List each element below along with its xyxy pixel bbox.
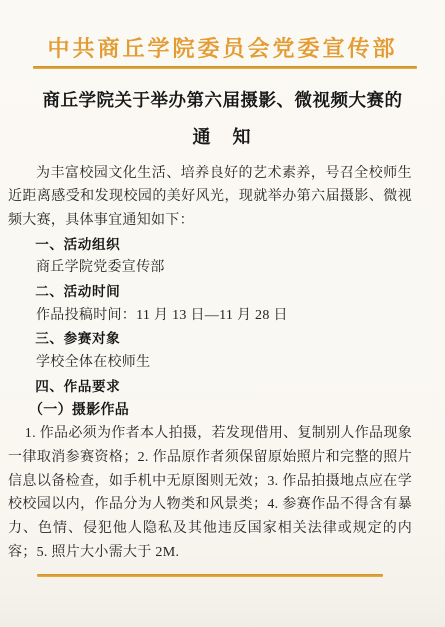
letterhead-divider-rule [33, 66, 417, 69]
photo-requirements: 1. 作品必须为作者本人拍摄，若发现借用、复制别人作品现象一律取消参赛资格；2.… [8, 422, 412, 564]
letterhead-org-name: 中共商丘学院委员会党委宣传部 [0, 34, 445, 64]
intro-paragraph: 为丰富校园文化生活、培养良好的艺术素养，号召全校师生近距离感受和发现校园的美好风… [8, 162, 412, 233]
footer-divider-rule [37, 574, 383, 577]
section-2-content: 作品投稿时间：11 月 13 日—11 月 28 日 [8, 304, 412, 328]
section-1-content: 商丘学院党委宣传部 [8, 256, 412, 280]
section-4-1-heading: （一）摄影作品 [8, 399, 412, 423]
document-title-line1: 商丘学院关于举办第六届摄影、微视频大赛的 [0, 88, 445, 112]
section-3-heading: 三、参赛对象 [8, 327, 412, 351]
document-body: 为丰富校园文化生活、培养良好的艺术素养，号召全校师生近距离感受和发现校园的美好风… [8, 162, 412, 565]
document-title-line2: 通 知 [0, 125, 445, 149]
section-3-content: 学校全体在校师生 [8, 351, 412, 375]
section-4-heading: 四、作品要求 [8, 375, 412, 399]
section-2-heading: 二、活动时间 [8, 280, 412, 304]
scanned-notice-page: 中共商丘学院委员会党委宣传部 商丘学院关于举办第六届摄影、微视频大赛的 通 知 … [0, 0, 445, 627]
section-1-heading: 一、活动组织 [8, 233, 412, 257]
